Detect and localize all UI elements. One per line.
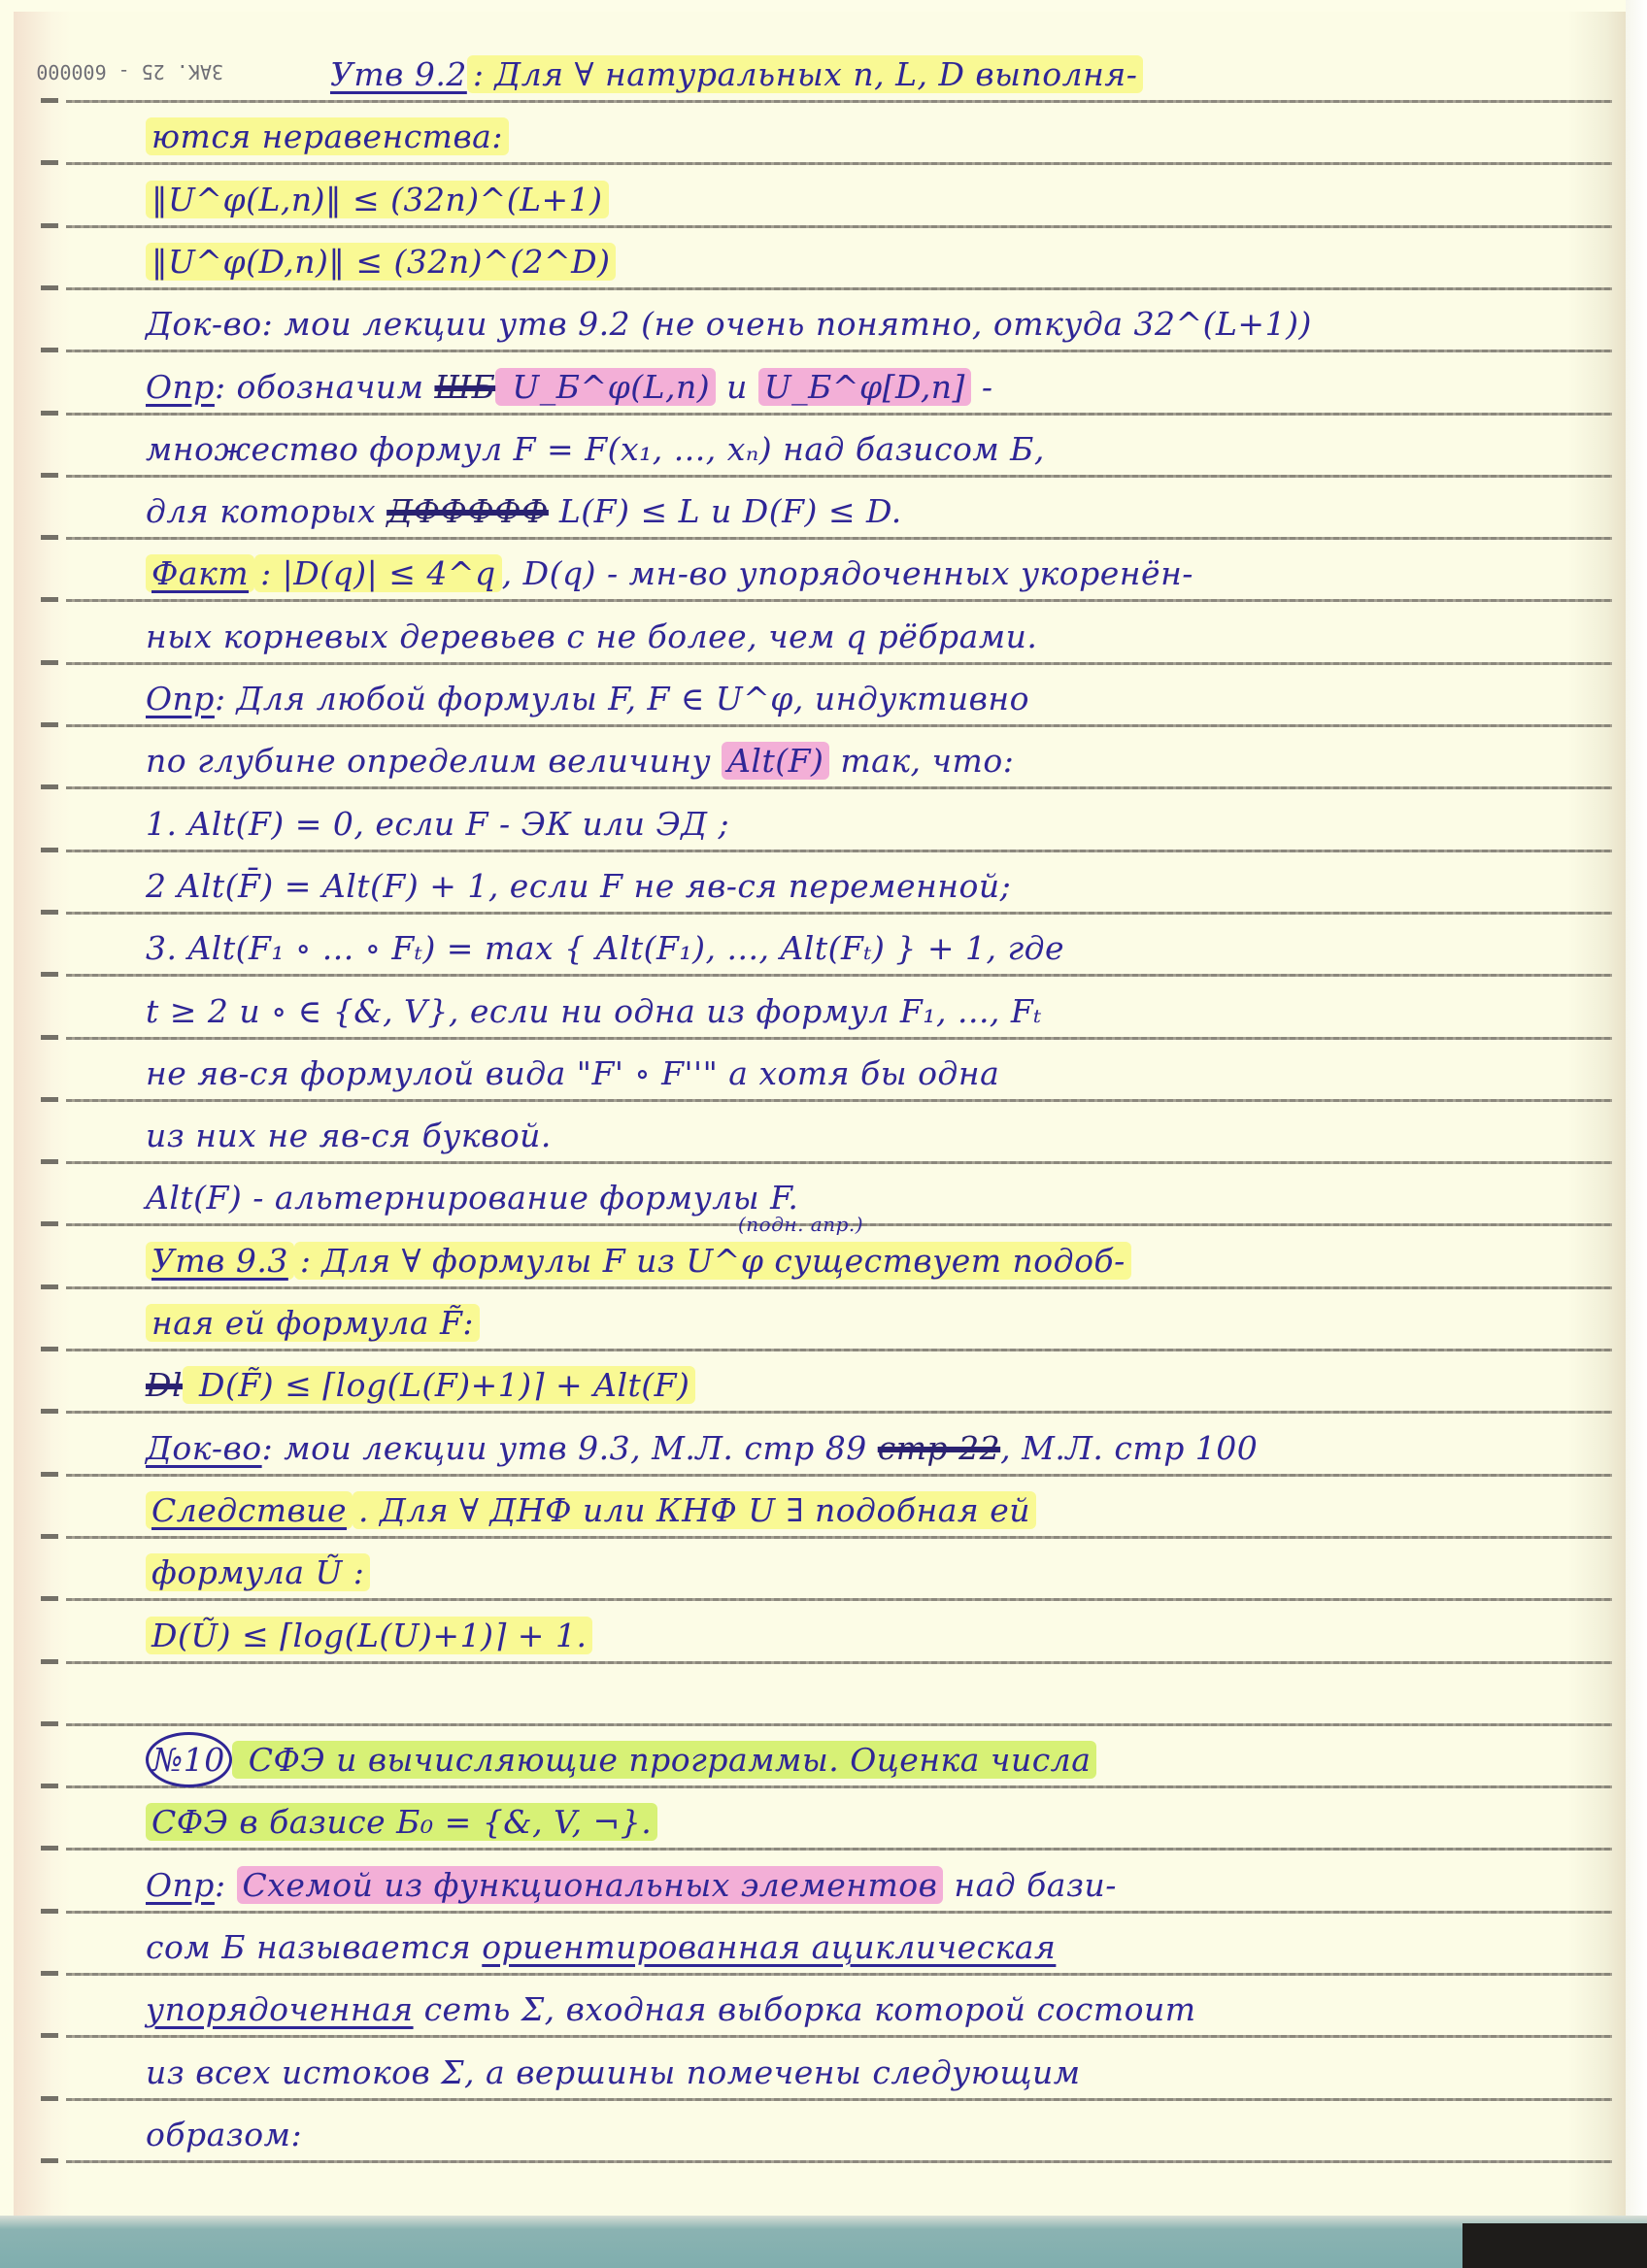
note-line: D̶l̶ D(F̃) ≤ ⌈log(L(F)+1)⌉ + Alt(F) xyxy=(0,1366,1647,1424)
note-text: . Для ∀ ДНФ или КНФ U ∃ подобная ей xyxy=(353,1491,1036,1529)
note-text: Alt(F) - альтернирование формулы F. xyxy=(146,1179,798,1217)
note-text: и xyxy=(716,368,758,406)
note-text: 3. Alt(F₁ ∘ ... ∘ Fₜ) = max { Alt(F₁), .… xyxy=(146,929,1064,967)
note-text: : мои лекции утв 9.3, М.Л. стр 89 xyxy=(262,1429,878,1467)
note-line: ных корневых деревьев с не более, чем q … xyxy=(0,617,1647,676)
margin-annotation: (подн. апр.) xyxy=(738,1213,863,1236)
note-text: Следствие xyxy=(146,1491,353,1529)
note-line: ‖U^φ(D,n)‖ ≤ (32n)^(2^D) xyxy=(0,243,1647,301)
note-line: Факт: |D(q)| ≤ 4^q, D(q) - мн-во упорядо… xyxy=(0,554,1647,613)
note-text: Ш̶Б̶ xyxy=(434,368,495,406)
note-text: , М.Л. стр 100 xyxy=(1000,1429,1258,1467)
note-text: из них не яв-ся буквой. xyxy=(146,1117,552,1154)
note-line: СФЭ в базисе Б₀ = {&, V, ¬}. xyxy=(0,1803,1647,1861)
note-text: множество формул F = F(x₁, ..., xₙ) над … xyxy=(146,430,1045,468)
note-text: D(Ũ) ≤ ⌈log(L(U)+1)⌉ + 1. xyxy=(146,1617,592,1654)
note-text: : Для ∀ формулы F из U^φ существует подо… xyxy=(294,1242,1131,1280)
scan-bottom-edge xyxy=(0,2216,1647,2268)
note-text: ных корневых деревьев с не более, чем q … xyxy=(146,617,1037,655)
note-text: СФЭ и вычисляющие программы. Оценка числ… xyxy=(232,1741,1097,1779)
note-text: t ≥ 2 и ∘ ∈ {&, V}, если ни одна из форм… xyxy=(146,992,1042,1030)
note-text: из всех истоков Σ, а вершины помечены сл… xyxy=(146,2053,1081,2091)
note-text: U_Б^φ[D,n] xyxy=(758,368,971,406)
note-text: сом Б называется xyxy=(146,1928,482,1966)
note-text: не яв-ся формулой вида "F' ∘ F''" а хотя… xyxy=(146,1054,999,1092)
note-line: Следствие. Для ∀ ДНФ или КНФ U ∃ подобна… xyxy=(0,1491,1647,1550)
note-text: стр 22 xyxy=(878,1429,1000,1467)
note-text: Док-во: мои лекции утв 9.2 (не очень пон… xyxy=(146,305,1312,343)
note-text: , D(q) - мн-во упорядоченных укоренён- xyxy=(502,554,1193,592)
note-line: Утв 9.2: Для ∀ натуральных n, L, D выпол… xyxy=(0,55,1647,114)
note-line xyxy=(0,1679,1647,1737)
note-line: из всех истоков Σ, а вершины помечены сл… xyxy=(0,2053,1647,2112)
note-text: 1. Alt(F) = 0, если F - ЭК или ЭД ; xyxy=(146,805,729,843)
note-text: для которых xyxy=(146,492,387,530)
note-text: L(F) ≤ L и D(F) ≤ D. xyxy=(549,492,902,530)
note-text: упорядоченная xyxy=(146,1990,414,2028)
note-line: по глубине определим величину Alt(F) так… xyxy=(0,742,1647,800)
note-line: для которых ДФФФФФ L(F) ≤ L и D(F) ≤ D. xyxy=(0,492,1647,550)
note-text: U_Б^φ(L,n) xyxy=(495,368,716,406)
note-text: Утв 9.2 xyxy=(330,55,467,93)
note-line: формула Ũ : xyxy=(0,1553,1647,1612)
note-line: 1. Alt(F) = 0, если F - ЭК или ЭД ; xyxy=(0,805,1647,863)
note-text: Опр xyxy=(146,368,215,406)
note-line: Опр: Для любой формулы F, F ∈ U^φ, индук… xyxy=(0,680,1647,738)
note-text: образом: xyxy=(146,2116,302,2153)
note-text: D̶l̶ xyxy=(146,1366,183,1404)
note-text: : Для любой формулы F, F ∈ U^φ, индуктив… xyxy=(215,680,1029,717)
note-line: Опр: обозначим Ш̶Б̶ U_Б^φ(L,n) и U_Б^φ[D… xyxy=(0,368,1647,426)
note-text: над бази- xyxy=(943,1866,1117,1904)
note-text: Док-во xyxy=(146,1429,262,1467)
note-text: ная ей формула F̃: xyxy=(146,1304,480,1342)
note-text: Alt(F) xyxy=(722,742,829,780)
note-line: сом Б называется ориентированная ациклич… xyxy=(0,1928,1647,1986)
note-line: ются неравенства: xyxy=(0,117,1647,176)
note-text: по глубине определим величину xyxy=(146,742,722,780)
note-line: Док-во: мои лекции утв 9.3, М.Л. стр 89 … xyxy=(0,1429,1647,1487)
note-text: Утв 9.3 xyxy=(146,1242,294,1280)
note-line: 3. Alt(F₁ ∘ ... ∘ Fₜ) = max { Alt(F₁), .… xyxy=(0,929,1647,987)
note-text: ются неравенства: xyxy=(146,117,509,155)
note-text: : |D(q)| ≤ 4^q xyxy=(254,554,502,592)
note-line: Опр: Схемой из функциональных элементов … xyxy=(0,1866,1647,1924)
note-text: так, что: xyxy=(829,742,1014,780)
note-line: ная ей формула F̃: xyxy=(0,1304,1647,1362)
note-text: ‖U^φ(D,n)‖ ≤ (32n)^(2^D) xyxy=(146,243,616,281)
note-text: 2 Alt(F̄) = Alt(F) + 1, если F не яв-ся … xyxy=(146,867,1011,905)
note-text: формула Ũ : xyxy=(146,1553,370,1591)
note-line: не яв-ся формулой вида "F' ∘ F''" а хотя… xyxy=(0,1054,1647,1113)
note-line: из них не яв-ся буквой. xyxy=(0,1117,1647,1175)
note-text: СФЭ в базисе Б₀ = {&, V, ¬}. xyxy=(146,1803,657,1841)
note-line: 2 Alt(F̄) = Alt(F) + 1, если F не яв-ся … xyxy=(0,867,1647,925)
note-line: №10 СФЭ и вычисляющие программы. Оценка … xyxy=(0,1741,1647,1799)
note-text: Опр xyxy=(146,1866,215,1904)
note-line: Док-во: мои лекции утв 9.2 (не очень пон… xyxy=(0,305,1647,363)
note-text: : xyxy=(215,1866,237,1904)
note-text: : Для ∀ натуральных n, L, D выполня- xyxy=(467,55,1144,93)
note-line: ‖U^φ(L,n)‖ ≤ (32n)^(L+1) xyxy=(0,181,1647,239)
note-text: сеть Σ, входная выборка которой состоит xyxy=(414,1990,1196,2028)
note-line: множество формул F = F(x₁, ..., xₙ) над … xyxy=(0,430,1647,488)
note-line: t ≥ 2 и ∘ ∈ {&, V}, если ни одна из форм… xyxy=(0,992,1647,1051)
note-text: Опр xyxy=(146,680,215,717)
note-text: ориентированная ациклическая xyxy=(482,1928,1056,1966)
note-text: ДФФФФФ xyxy=(387,492,549,530)
note-text: ‖U^φ(L,n)‖ ≤ (32n)^(L+1) xyxy=(146,181,609,218)
note-line: упорядоченная сеть Σ, входная выборка ко… xyxy=(0,1990,1647,2049)
note-text: №10 xyxy=(146,1732,232,1787)
note-line: образом: xyxy=(0,2116,1647,2174)
note-text: D(F̃) ≤ ⌈log(L(F)+1)⌉ + Alt(F) xyxy=(183,1366,695,1404)
note-line: Утв 9.3: Для ∀ формулы F из U^φ существу… xyxy=(0,1242,1647,1300)
note-line: D(Ũ) ≤ ⌈log(L(U)+1)⌉ + 1. xyxy=(0,1617,1647,1675)
note-text: Факт xyxy=(146,554,254,592)
note-text: - xyxy=(971,368,993,406)
note-text: Схемой из функциональных элементов xyxy=(237,1866,944,1904)
note-text: : обозначим xyxy=(215,368,435,406)
